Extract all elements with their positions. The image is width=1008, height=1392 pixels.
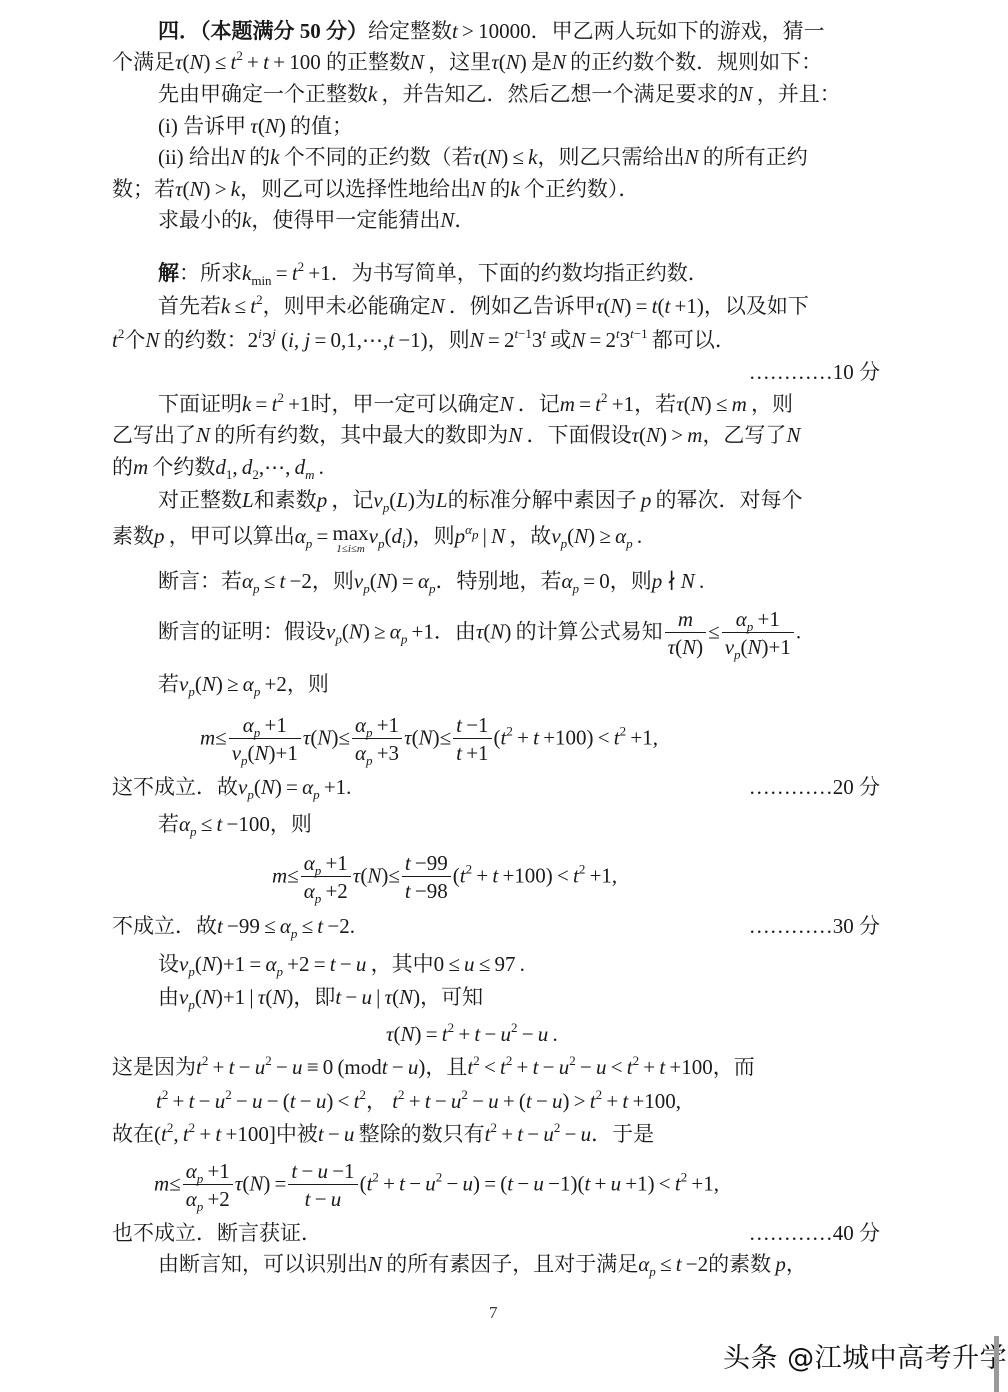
problem-item-i: (i) 告诉甲 τ(N) 的值；	[158, 112, 353, 140]
case-2-conclusion: 不成立．故t −99 ≤ αp ≤ t −2.	[112, 912, 355, 940]
problem-line-2: 个满足τ(N) ≤ t2 + t + 100 的正整数N ，这里τ(N) 是N …	[112, 48, 822, 76]
case-1-condition: 若vp(N) ≥ αp +2，则	[158, 670, 329, 698]
problem-question: 求最小的k，使得甲一定能猜出N．	[158, 206, 475, 234]
problem-line-1: 四．（本题满分 50 分）给定整数t > 10000．甲乙两人玩如下的游戏，猜一	[158, 17, 825, 45]
claim-proven-line: 也不成立．断言获证．	[112, 1219, 322, 1247]
solution-line-1: 解：所求kmin = t2 +1．为书写简单，下面的约数均指正约数．	[158, 259, 709, 287]
because-line: 这是因为t2 + t − u2 − u ≡ 0 (modt − u)，且t2 <…	[112, 1053, 755, 1081]
solution-line-5: 乙写出了N 的所有约数，其中最大的数即为N ．下面假设τ(N) > m，乙写了N	[112, 421, 800, 449]
tau-formula: τ(N) = t2 + t − u2 − u .	[386, 1020, 558, 1048]
claim-proof-line: 断言的证明：假设vp(N) ≥ αp +1．由τ(N) 的计算公式易知mτ(N)…	[158, 606, 801, 661]
solution-line-7: 对正整数L和素数p ，记vp(L)为L的标准分解中素因子 p 的幂次．对每个	[158, 486, 803, 514]
score-marker-30: …………30 分	[749, 912, 880, 940]
solution-line-3: t2个N 的约数：2i3j (i, j = 0,1,⋯,t −1)，则N = 2…	[112, 326, 736, 354]
page-number: 7	[489, 1303, 498, 1323]
solution-line-8: 素数p ，甲可以算出αp = max1≤i≤mvp(di)，则pαp | N ，…	[112, 522, 642, 554]
divisibility-line: 由vp(N)+1 | τ(N)，即t − u | τ(N)，可知	[158, 983, 483, 1011]
problem-heading: 四．（本题满分 50 分）	[158, 19, 368, 43]
score-marker-40: …………40 分	[749, 1219, 880, 1247]
max-operator: max1≤i≤m	[333, 522, 369, 554]
bounds-line: t2 + t − u2 − u − (t − u) < t2， t2 + t −…	[156, 1087, 681, 1115]
only-line: 故在(t2, t2 + t +100]中被t − u 整除的数只有t2 + t …	[112, 1120, 654, 1148]
problem-item-ii-cont: 数；若τ(N) > k，则乙可以选择性地给出N 的k 个正约数）．	[112, 175, 639, 203]
problem-item-ii: (ii) 给出N 的k 个不同的正约数（若τ(N) ≤ k，则乙只需给出N 的所…	[158, 143, 808, 171]
claim-statement: 断言：若αp ≤ t −2，则vp(N) = αp．特别地，若αp = 0，则p…	[158, 567, 704, 595]
case-2-inequality: m≤αp +1αp +2τ(N)≤t −99t −98(t2 + t +100)…	[272, 850, 617, 905]
score-marker-10: …………10 分	[749, 358, 880, 386]
solution-line-4: 下面证明k = t2 +1时，甲一定可以确定N ．记m = t2 +1，若τ(N…	[158, 390, 793, 418]
case-2-condition: 若αp ≤ t −100，则	[158, 810, 312, 838]
fraction: αp +1vp(N)+1	[722, 606, 794, 661]
watermark-bar	[994, 1336, 999, 1392]
watermark: 头条 @江城中高考升学	[723, 1336, 1007, 1375]
case-1-inequality: m≤αp +1vp(N)+1τ(N)≤αp +1αp +3τ(N)≤t −1t …	[200, 712, 658, 767]
score-marker-20: …………20 分	[749, 773, 880, 801]
solution-line-2: 首先若k ≤ t2，则甲未必能确定N ．例如乙告诉甲τ(N) = t(t +1)…	[158, 292, 809, 320]
fraction: mτ(N)	[665, 606, 707, 661]
solution-label: 解	[158, 261, 179, 285]
problem-line-3: 先由甲确定一个正整数k ，并告知乙．然后乙想一个满足要求的N ，并且：	[158, 80, 841, 108]
final-line: 由断言知，可以识别出N 的所有素因子，且对于满足αp ≤ t −2的素数 p，	[158, 1250, 807, 1278]
solution-line-6: 的m 个约数d1, d2,⋯, dm .	[112, 453, 324, 481]
set-line: 设vp(N)+1 = αp +2 = t − u ，其中0 ≤ u ≤ 97 .	[158, 950, 525, 978]
document-page: 四．（本题满分 50 分）给定整数t > 10000．甲乙两人玩如下的游戏，猜一…	[0, 0, 1008, 1392]
case-1-conclusion: 这不成立．故vp(N) = αp +1.	[112, 773, 351, 801]
case-3-inequality: m≤αp +1αp +2τ(N) =t − u −1t − u(t2 + t −…	[154, 1158, 719, 1213]
